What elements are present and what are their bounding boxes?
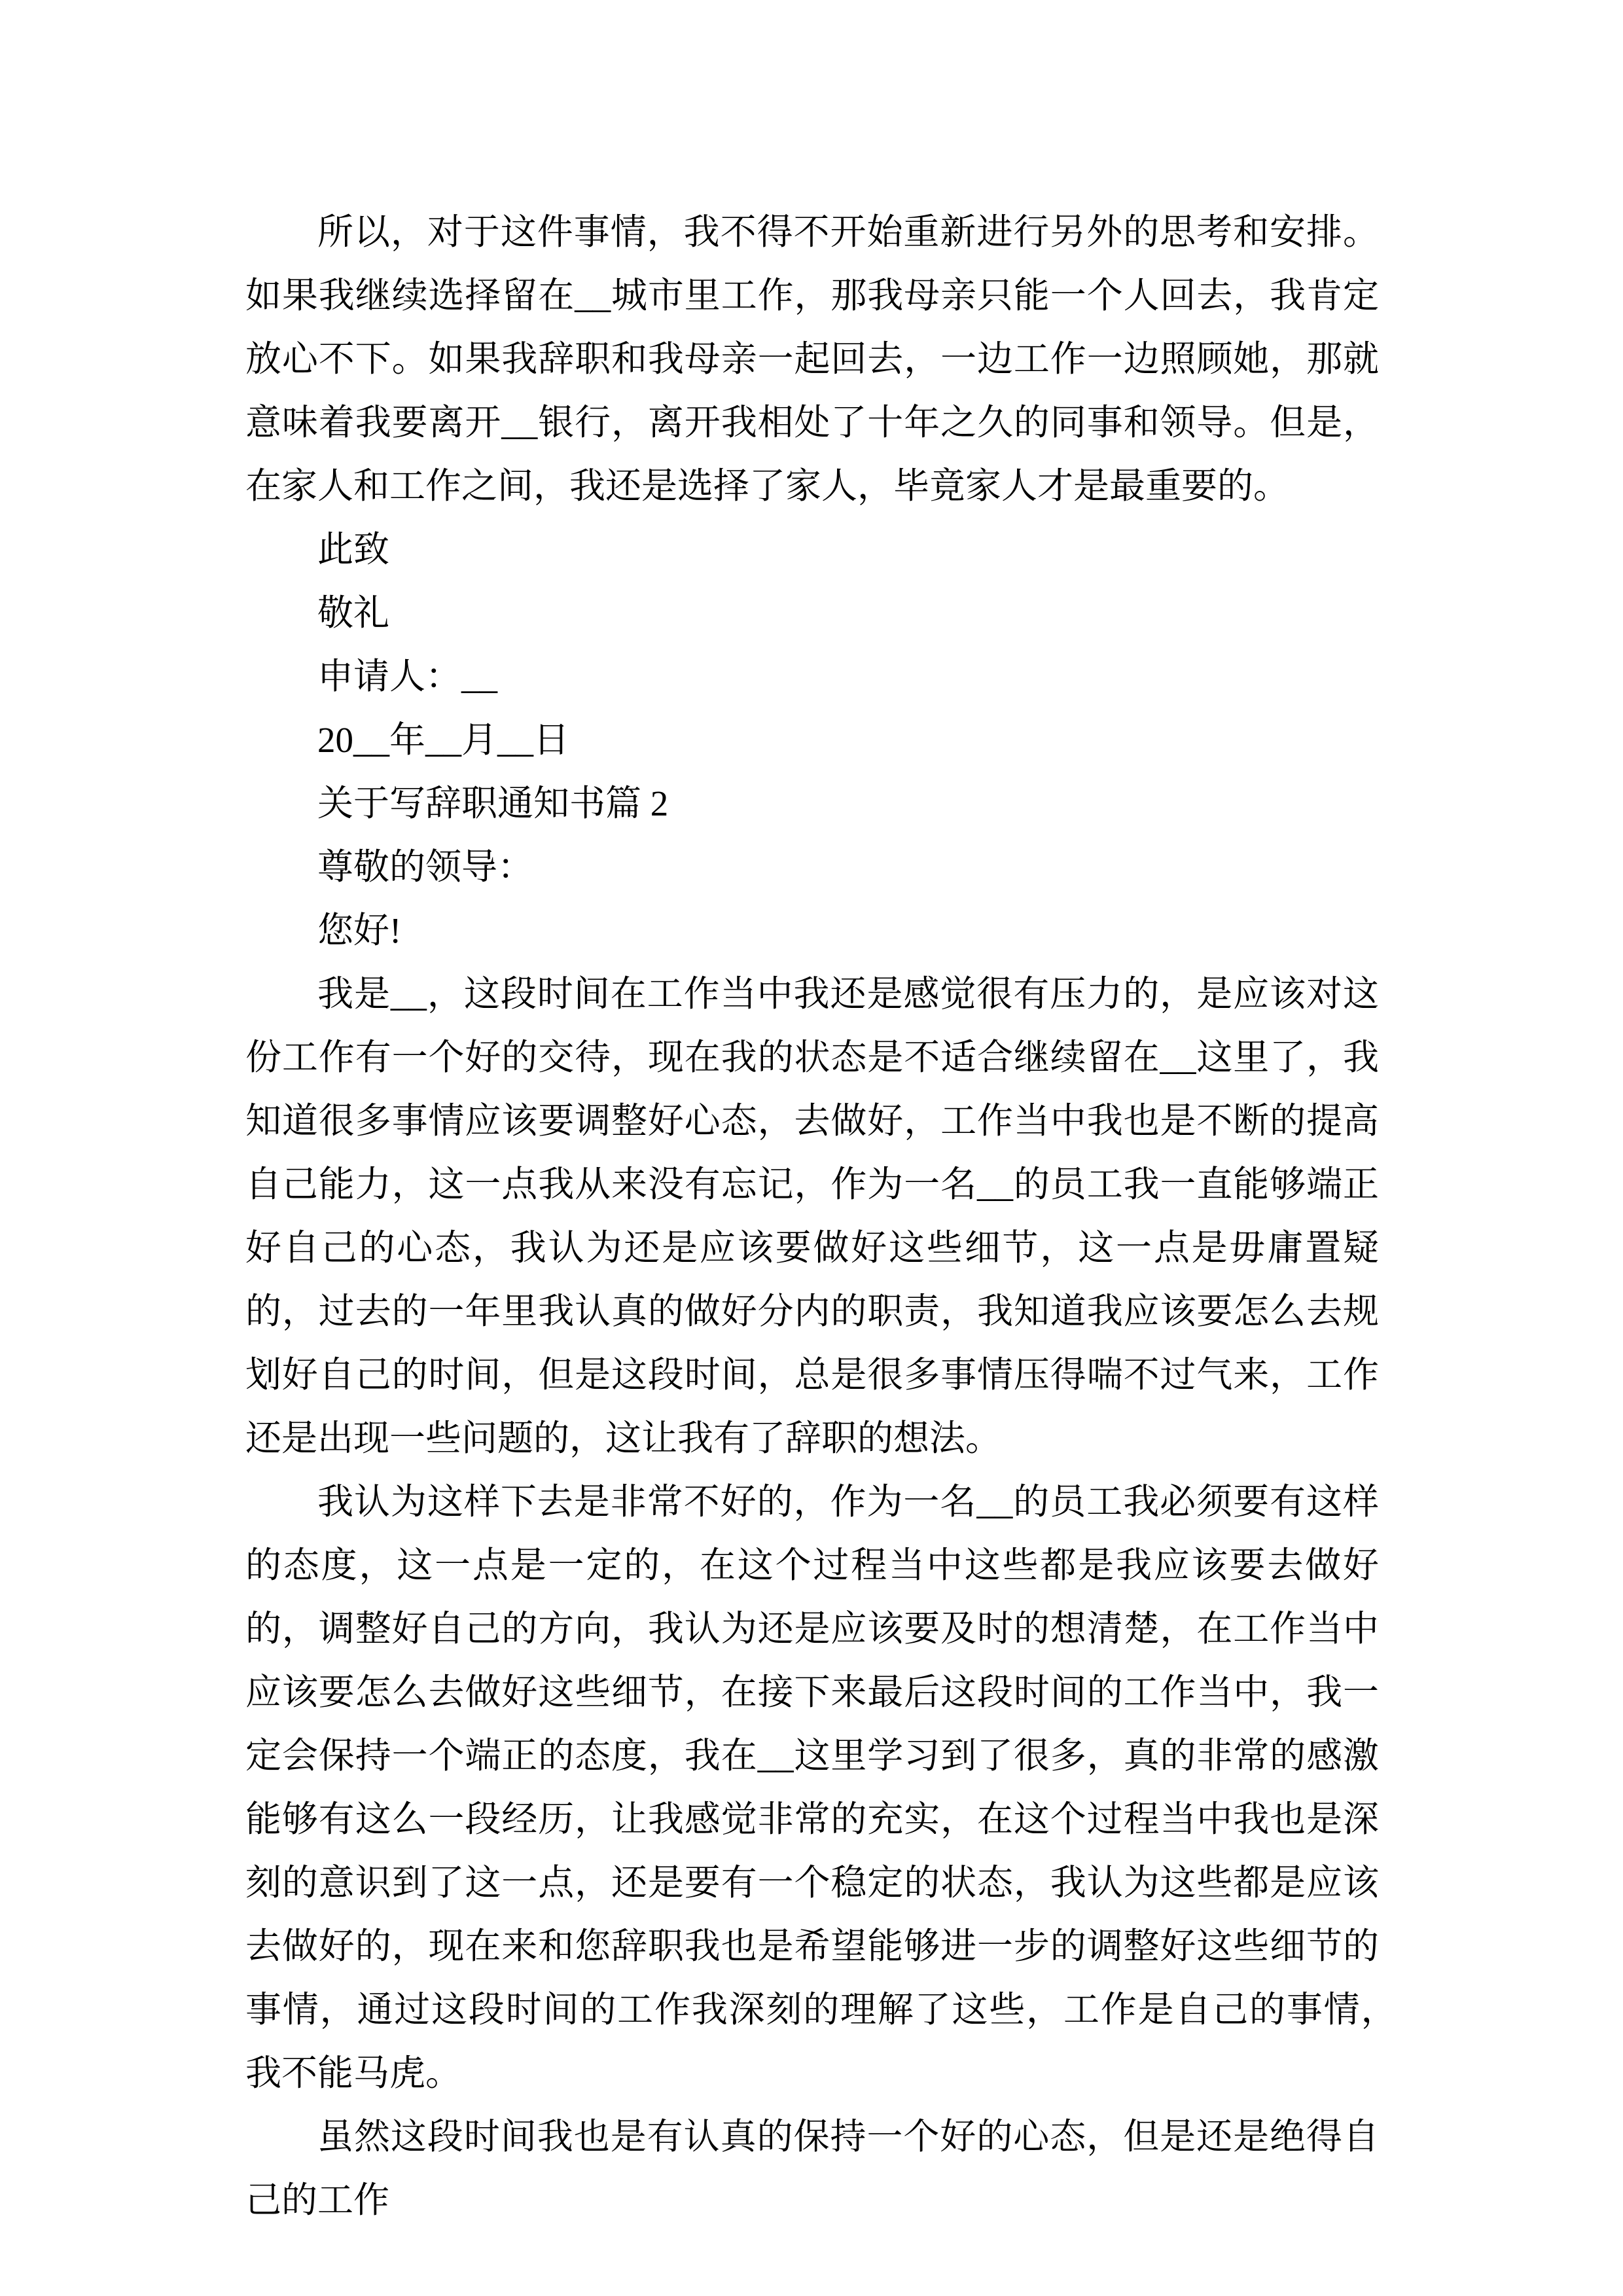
paragraph: 我认为这样下去是非常不好的，作为一名__的员工我必须要有这样的态度，这一点是一定… — [245, 1470, 1379, 2105]
paragraph: 申请人：__ — [245, 645, 1379, 708]
paragraph: 尊敬的领导： — [245, 835, 1379, 899]
paragraph: 我是__，这段时间在工作当中我还是感觉很有压力的，是应该对这份工作有一个好的交待… — [245, 962, 1379, 1470]
paragraph: 敬礼 — [245, 581, 1379, 645]
paragraph: 虽然这段时间我也是有认真的保持一个好的心态，但是还是绝得自己的工作 — [245, 2105, 1379, 2232]
paragraph: 所以，对于这件事情，我不得不开始重新进行另外的思考和安排。如果我继续选择留在__… — [245, 200, 1379, 518]
document-body: 所以，对于这件事情，我不得不开始重新进行另外的思考和安排。如果我继续选择留在__… — [245, 200, 1379, 2232]
paragraph: 您好! — [245, 899, 1379, 962]
document-page: 所以，对于这件事情，我不得不开始重新进行另外的思考和安排。如果我继续选择留在__… — [0, 0, 1623, 2296]
paragraph: 20__年__月__日 — [245, 708, 1379, 772]
paragraph: 关于写辞职通知书篇 2 — [245, 772, 1379, 835]
paragraph: 此致 — [245, 518, 1379, 581]
